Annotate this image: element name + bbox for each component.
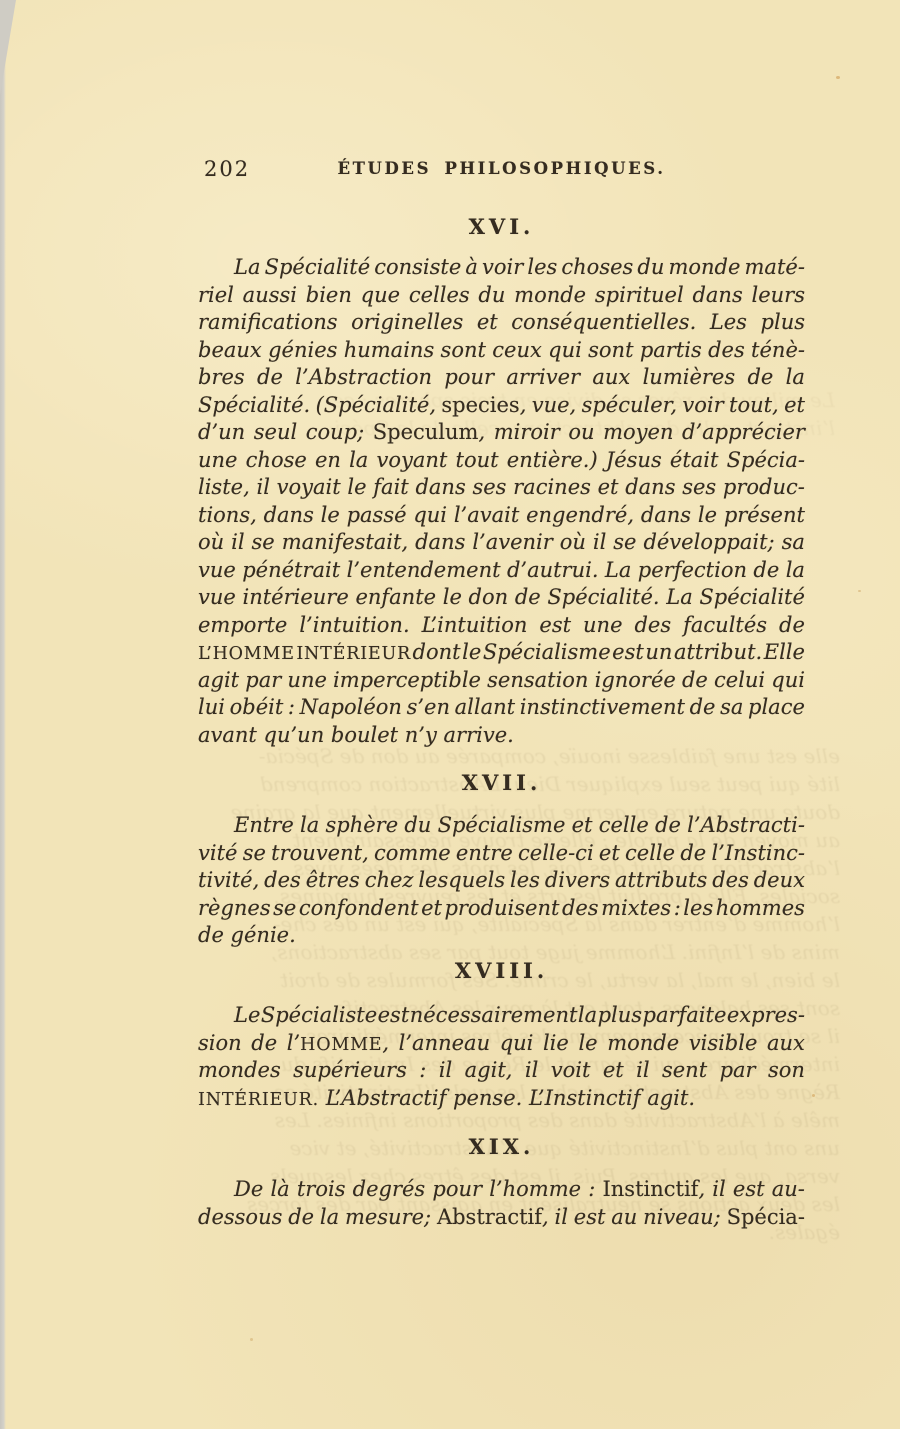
word: la [578,1002,597,1030]
word: était [670,447,719,475]
page-corner-shadow [0,0,16,95]
word: celui [714,667,765,695]
word: plus [598,1002,642,1030]
word: celle-ci [518,840,594,868]
word: L’HOMME [198,639,295,667]
word: vue [198,557,236,585]
text-line: bresdel’Abstractionpourarriverauxlumière… [198,364,805,392]
section-heading: XIX. [198,1132,805,1162]
word: Spécialisme [483,639,611,667]
word: conséquentielles. [511,309,696,337]
word: : [588,1176,595,1204]
word: visible [689,1030,758,1058]
running-title: ÉTUDES PHILOSOPHIQUES. [198,156,805,182]
word: deux [754,867,805,895]
text-run: avant qu’un boulet n’y arrive. [198,723,514,747]
word: attributs [615,867,707,895]
word: sent [662,1057,707,1085]
word: chez [365,867,414,895]
word: la [786,364,805,392]
word: Napoléon [300,694,402,722]
word: (Spécialité, [316,392,436,420]
word: lesquels [418,867,505,895]
word: de [680,840,706,868]
word: plus [761,309,805,337]
word: par [245,667,281,695]
word: bres [198,364,245,392]
page-header: 202 ÉTUDES PHILOSOPHIQUES. [198,156,805,182]
word: génies [268,337,337,365]
word: monde [607,1030,679,1058]
text-line: L’HOMMEINTÉRIEURdontleSpécialismeestunat… [198,639,805,667]
word: au- [772,1176,805,1204]
word: intérieure [242,584,348,612]
word: miroir [494,419,560,447]
word: monde [514,282,586,310]
word: qui [771,667,805,695]
word: qui [548,337,582,365]
word: La [605,557,631,585]
text-run: INTÉRIEUR. [198,1090,319,1110]
text-line: rielaussibienquecellesdumondespirituelda… [198,282,805,310]
word: développait; [643,529,774,557]
text-line: vueintérieureenfanteledondeSpécialité.La… [198,584,805,612]
word: dans [692,282,742,310]
word: L’intuition [422,612,528,640]
word: est [539,612,571,640]
word: voit [551,1057,591,1085]
word: il [525,1057,538,1085]
word: est [378,1002,410,1030]
text-line: LaSpécialitéconsisteàvoirleschosesdumond… [198,254,805,282]
text-line: vuepénétraitl’entendementd’autrui.Laperf… [198,557,805,585]
word: ou [568,419,594,447]
word: l’avait [454,502,519,530]
word: racines [513,474,591,502]
word: mesure; [345,1204,431,1232]
text-line: INTÉRIEUR. L’Abstractif pense. L’Instinc… [198,1085,805,1113]
text-line: mondessupérieurs:ilagit,ilvoitetilsentpa… [198,1057,805,1085]
word: Spécialité [265,254,371,282]
word: voyait [277,474,341,502]
word: un [645,639,672,667]
word: instinctivement [520,694,685,722]
word: originelles [351,309,463,337]
paragraph: LeSpécialisteestnécessairementlaplusparf… [198,1002,805,1112]
word: le [321,502,340,530]
word: lui [198,694,225,722]
word: les [683,895,713,923]
word: Spécialisme [438,812,566,840]
word: vue [198,584,236,612]
word: lumières [643,364,736,392]
word: bien [306,282,352,310]
word: s’en [407,694,450,722]
word: le [578,1030,597,1058]
word: et [598,474,619,502]
word: l’Abstraction [295,364,432,392]
section-heading: XVII. [198,768,805,798]
word: : [419,1057,426,1085]
word: l’entendement [347,557,501,585]
word: celle [599,812,649,840]
word: de [779,612,805,640]
word: tout [456,447,499,475]
word: vue, [532,392,577,420]
word: le [462,639,481,667]
word: monde [668,254,740,282]
word: spirituel [595,282,684,310]
word: aux [767,1030,805,1058]
word: choses [561,254,633,282]
word: dans [625,474,675,502]
word: species, [441,392,526,420]
word: et [421,895,442,923]
text-line: siondel’HOMME,l’anneauquilielemondevisib… [198,1030,805,1058]
word: l’homme [489,1176,581,1204]
word: de [251,1030,277,1058]
word: de [257,364,283,392]
word: sion [198,1030,242,1058]
text-run: de génie. [198,923,296,947]
word: produisent [444,895,559,923]
word: aux [592,364,630,392]
word: aussi [243,282,297,310]
word: et [784,392,805,420]
word: Spécialiste [261,1002,377,1030]
word: mixtes [601,895,671,923]
word: produc- [723,474,805,502]
word: il [593,529,606,557]
word: du [478,282,505,310]
word: dessous [198,1204,282,1232]
word: il [439,1057,452,1085]
word: une [198,447,237,475]
word: ramifications [198,309,338,337]
word: et [603,1057,624,1085]
word: Spécialité. [198,392,310,420]
page-number: 202 [204,156,250,182]
word: se [243,840,266,868]
word: trouvent, [271,840,369,868]
word: la [349,447,368,475]
word: emporte [198,612,287,640]
word: imperceptible [333,667,481,695]
word: celle [625,840,675,868]
word: beaux [198,337,262,365]
text-line: règnesseconfondentetproduisentdesmixtes:… [198,895,805,923]
word: des [712,867,749,895]
word: parfaite [643,1002,727,1030]
word: voyant [377,447,448,475]
word: dont [413,639,461,667]
word: seul [254,419,297,447]
word: La [666,584,692,612]
word: dans [264,502,314,530]
word: sont [441,337,486,365]
word: du [404,812,431,840]
word: de [690,694,716,722]
word: don [469,584,509,612]
word: est [574,1204,606,1232]
word: il [231,529,244,557]
word: de [288,1204,314,1232]
text-line: ramificationsoriginellesetconséquentiell… [198,309,805,337]
text-line: liste,ilvoyaitlefaitdanssesracinesetdans… [198,474,805,502]
word: l’Instinc- [711,840,805,868]
word: dans [415,529,465,557]
word: l’Abstracti- [687,812,805,840]
word: ses [682,474,716,502]
word: une [583,612,622,640]
word: qui [413,502,447,530]
scanner-page-edge [0,0,6,1429]
text-line: d’unseulcoup;Speculum,miroiroumoyend’app… [198,419,805,447]
text-line: tivité,desêtreschezlesquelslesdiversattr… [198,867,805,895]
word: celles [409,282,470,310]
word: maté- [745,254,805,282]
word: manifestait, [282,529,408,557]
word: attribut. [674,639,762,667]
word: supérieurs [293,1057,407,1085]
word: expres- [727,1002,805,1030]
text-run: L’Abstractif pense. L’Instinctif agit. [319,1086,695,1110]
word: les [527,254,557,282]
word: l’HOMME, [287,1030,389,1058]
word: De [234,1176,263,1204]
word: règnes [198,895,271,923]
word: riel [198,282,234,310]
word: les [510,867,540,895]
word: ténè- [751,337,805,365]
word: le [347,474,366,502]
word: d’un [198,419,245,447]
word: en [315,447,341,475]
word: liste, [198,474,250,502]
text-line: EntrelasphèreduSpécialismeetcelledel’Abs… [198,812,805,840]
text-line: de génie. [198,922,805,950]
word: au [611,1204,637,1232]
word: la [320,1204,339,1232]
word: fait [373,474,408,502]
word: le [698,502,717,530]
word: des [562,895,599,923]
word: Spécialité. [547,584,659,612]
word: comme [374,840,451,868]
word: La [234,254,260,282]
text-line: emportel’intuition.L’intuitionestunedesf… [198,612,805,640]
word: Jésus [606,447,662,475]
text-line: Delàtroisdegréspourl’homme:Instinctif,il… [198,1176,805,1204]
word: vité [198,840,237,868]
word: et [477,309,498,337]
word: Spécia- [727,447,805,475]
word: Abstractif, [437,1204,549,1232]
word: est [612,639,644,667]
section-heading: XVIII. [198,956,805,986]
word: sphère [325,812,398,840]
word: sa [782,529,805,557]
word: confondent [299,895,419,923]
word: voir [682,392,723,420]
paper-speck [858,590,861,592]
word: dans [415,474,465,502]
word: de [753,557,779,585]
word: entre [456,840,513,868]
word: engendré, [526,502,634,530]
word: lie [543,1030,569,1058]
word: ceux [492,337,542,365]
word: ignorée [595,667,676,695]
word: de [515,584,541,612]
word: d’apprécier [682,419,805,447]
word: présent [724,502,805,530]
scanned-book-page: Le milieu des rêves se divise en trois s… [0,0,900,1429]
text-line: Spécialité.(Spécialité,species,vue,spécu… [198,392,805,420]
text-line: tions,danslepasséquil’avaitengendré,dans… [198,502,805,530]
paragraph: Delàtroisdegréspourl’homme:Instinctif,il… [198,1176,805,1231]
word: des [634,612,671,640]
word: sensation [487,667,588,695]
word: Spécia- [727,1204,805,1232]
word: Speculum, [373,419,485,447]
word: sa [720,694,743,722]
word: divers [545,867,610,895]
word: agit, [465,1057,513,1085]
word: se [613,529,636,557]
word: l’avenir [472,529,552,557]
word: partis [640,337,702,365]
word: Le [234,1002,260,1030]
word: : [288,694,295,722]
word: sont [588,337,633,365]
word: pour [432,1176,482,1204]
word: que [361,282,400,310]
word: du [637,254,664,282]
word: Spécialité [699,584,805,612]
word: passé [347,502,407,530]
word: le [443,584,462,612]
word: facultés [683,612,767,640]
word: la [786,557,805,585]
word: il [636,1057,649,1085]
word: : [674,895,681,923]
word: perfection [638,557,747,585]
text-column: 202 ÉTUDES PHILOSOPHIQUES. XVI.LaSpécial… [198,0,805,1429]
word: trois [297,1176,346,1204]
word: Instinctif, [602,1176,705,1204]
word: se [273,895,296,923]
word: il [555,1204,568,1232]
word: de [655,812,681,840]
word: agit [198,667,239,695]
word: consiste [374,254,461,282]
word: une [287,667,326,695]
paragraph: LaSpécialitéconsisteàvoirleschosesdumond… [198,254,805,749]
word: il [712,1176,725,1204]
section-heading: XVI. [198,212,805,242]
text-line: luiobéit:Napoléons’enallantinstinctiveme… [198,694,805,722]
paragraph: EntrelasphèreduSpécialismeetcelledel’Abs… [198,812,805,950]
word: pénétrait [242,557,340,585]
word: spéculer, [582,392,677,420]
word: tions, [198,502,257,530]
word: il [256,474,269,502]
word: hommes [716,895,805,923]
word: à [465,254,478,282]
word: coup; [306,419,364,447]
word: leurs [751,282,804,310]
word: place [748,694,805,722]
text-line: vitésetrouvent,commeentrecelle-cietcelle… [198,840,805,868]
text-line: avant qu’un boulet n’y arrive. [198,722,805,750]
word: qui [500,1030,534,1058]
word: l’intuition. [299,612,409,640]
text-line: LeSpécialisteestnécessairementlaplusparf… [198,1002,805,1030]
word: des [708,337,745,365]
text-line: beauxgénieshumainssontceuxquisontpartisd… [198,337,805,365]
word: des [264,867,301,895]
word: moyen [603,419,673,447]
text-line: agitparuneimperceptiblesensationignoréed… [198,667,805,695]
word: tout, [729,392,779,420]
word: mondes [198,1057,281,1085]
word: où [198,529,224,557]
word: où [560,529,586,557]
word: Entre [234,812,294,840]
word: degrés [353,1176,426,1204]
word: allant [455,694,515,722]
word: chose [246,447,307,475]
word: Les [710,309,747,337]
word: l’anneau [399,1030,490,1058]
text-line: oùilsemanifestait,dansl’aveniroùilsedéve… [198,529,805,557]
word: ses [472,474,506,502]
word: et [599,840,620,868]
word: son [768,1057,805,1085]
word: là [270,1176,289,1204]
word: INTÉRIEUR [296,639,411,667]
paper-speck [812,1094,815,1097]
word: êtres [306,867,360,895]
word: voir [482,254,523,282]
word: dans [641,502,691,530]
word: pour [444,364,494,392]
word: de [747,364,773,392]
paper-speck [836,76,840,79]
word: entière.) [507,447,598,475]
word: la [300,812,319,840]
word: et [572,812,593,840]
word: est [733,1176,765,1204]
word: se [252,529,275,557]
word: de [682,667,708,695]
word: obéit [230,694,284,722]
word: par [720,1057,756,1085]
text-line: dessousdelamesure;Abstractif,ilestaunive… [198,1204,805,1232]
word: enfante [355,584,436,612]
word: Elle [764,639,805,667]
word: niveau; [643,1204,721,1232]
text-line: unechoseenlavoyanttoutentière.)Jésusétai… [198,447,805,475]
word: nécessairement [410,1002,578,1030]
word: d’autrui. [507,557,599,585]
word: humains [344,337,435,365]
word: arriver [506,364,580,392]
word: tivité, [198,867,259,895]
